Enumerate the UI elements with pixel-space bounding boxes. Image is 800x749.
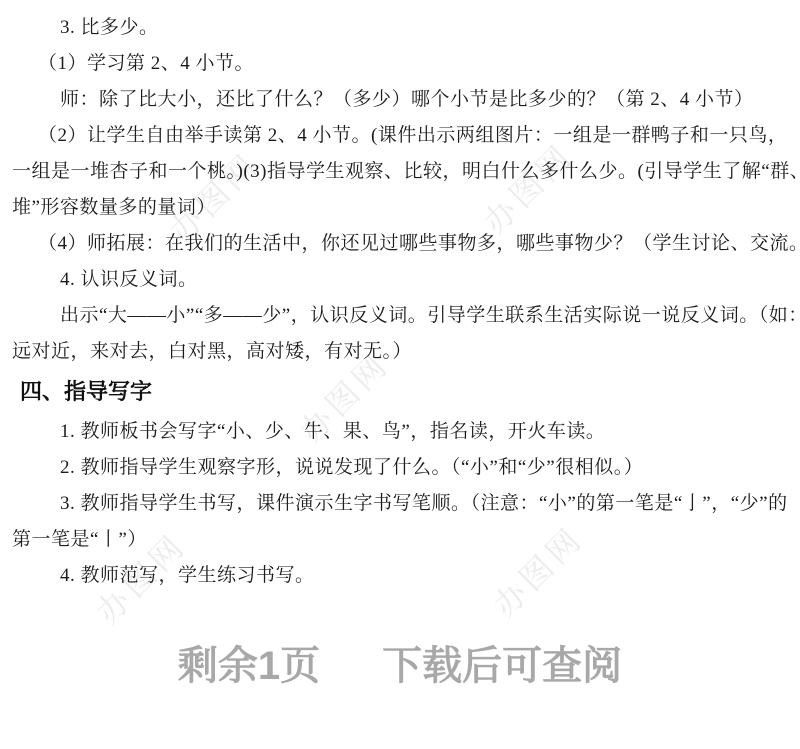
footer-banner: 剩余1页 下载后可查阅	[0, 643, 800, 689]
text-line: （2）让学生自由举手读第 2、4 小节。(课件出示两组图片：一组是一群鸭子和一只…	[12, 118, 800, 154]
text-line: 第一笔是“丨”）	[12, 522, 800, 558]
text-line: 1. 教师板书会写字“小、少、牛、果、鸟”，指名读，开火车读。	[12, 414, 800, 450]
text-line: 3. 教师指导学生书写，课件演示生字书写笔顺。（注意：“小”的第一笔是“亅”，“…	[12, 486, 800, 522]
text-line: 堆”形容数量多的量词）	[12, 190, 800, 226]
text-line: 3. 比多少。	[12, 10, 800, 46]
text-line: 出示“大——小”“多——少”，认识反义词。引导学生联系生活实际说一说反义词。（如…	[12, 298, 800, 334]
text-line: 2. 教师指导学生观察字形，说说发现了什么。（“小”和“少”很相似。）	[12, 450, 800, 486]
text-line: 师：除了比大小，还比了什么？（多少）哪个小节是比多少的？（第 2、4 小节）	[12, 82, 800, 118]
text-line: 一组是一堆杏子和一个桃。)(3)指导学生观察、比较，明白什么多什么少。(引导学生…	[12, 154, 800, 190]
text-line: 4. 教师范写，学生练习书写。	[12, 558, 800, 594]
text-line: （1）学习第 2、4 小节。	[12, 46, 800, 82]
text-line: （4）师拓展：在我们的生活中，你还见过哪些事物多，哪些事物少？（学生讨论、交流。…	[12, 226, 800, 262]
text-line: 4. 认识反义词。	[12, 262, 800, 298]
document-page: 办图网 办图网 办图网 办图网 办图网 3. 比多少。 （1）学习第 2、4 小…	[0, 0, 800, 749]
section-heading: 四、指导写字	[12, 370, 800, 414]
text-line: 远对近，来对去，白对黑，高对矮，有对无。）	[12, 334, 800, 370]
remaining-pages-label: 剩余1页	[178, 643, 320, 689]
download-hint: 下载后可查阅	[382, 643, 622, 689]
document-content: 3. 比多少。 （1）学习第 2、4 小节。 师：除了比大小，还比了什么？（多少…	[0, 0, 800, 594]
